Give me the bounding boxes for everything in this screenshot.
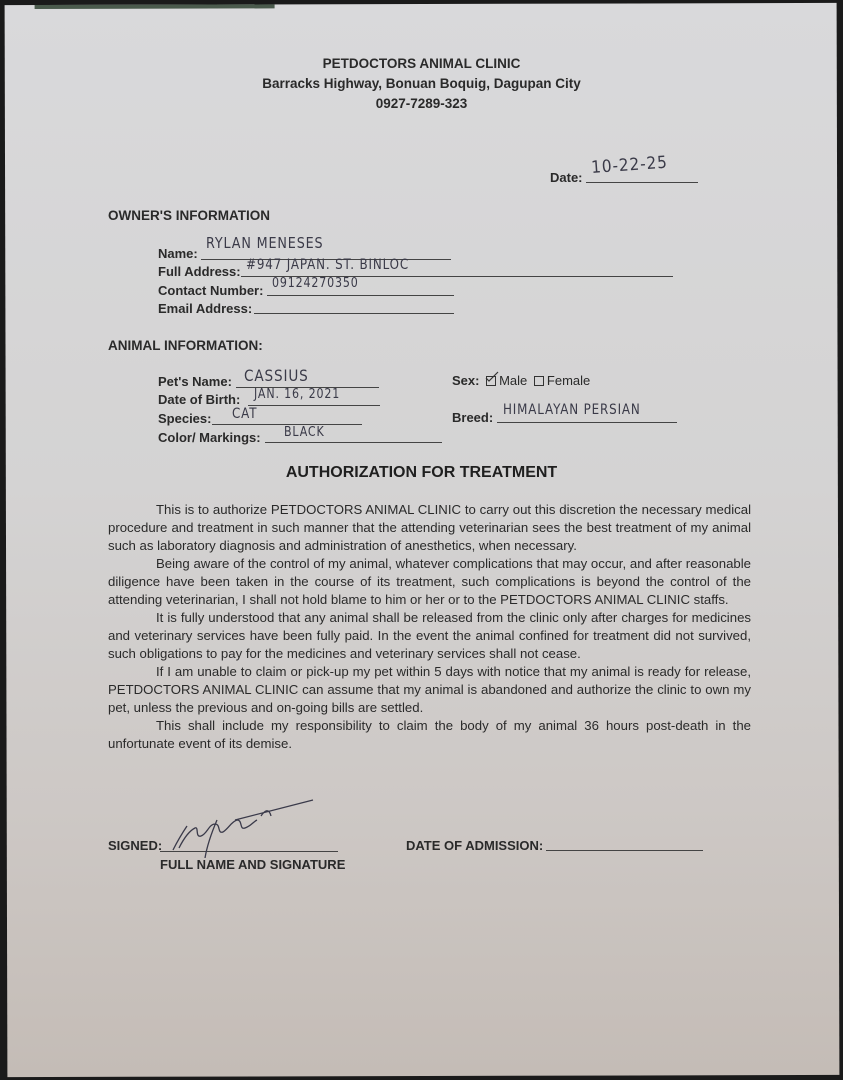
owner-name-label: Name: (158, 246, 198, 261)
breed-line (497, 422, 677, 423)
owner-address-label: Full Address: (158, 264, 241, 279)
sex-field: Sex: Male Female (452, 373, 590, 388)
clinic-address: Barracks Highway, Bonuan Boquig, Dagupan… (0, 74, 843, 94)
clinic-header: PETDOCTORS ANIMAL CLINIC Barracks Highwa… (0, 54, 843, 114)
color-label: Color/ Markings: (158, 430, 261, 445)
admission-date-line (546, 850, 703, 851)
clinic-phone: 0927-7289-323 (0, 94, 843, 114)
color-line (265, 442, 442, 443)
owner-contact-line (267, 295, 454, 296)
breed-field[interactable]: HIMALAYAN PERSIAN (503, 402, 641, 418)
authorization-paragraph: This shall include my responsibility to … (108, 717, 751, 753)
animal-section-title: ANIMAL INFORMATION: (108, 338, 263, 353)
sex-female-checkbox[interactable] (534, 376, 544, 386)
signature-mark[interactable] (165, 798, 315, 858)
paper-edge-shadow (35, 4, 275, 9)
species-label: Species: (158, 411, 211, 426)
sex-male-label: Male (499, 373, 527, 388)
signed-label: SIGNED: (108, 838, 162, 853)
date-line (586, 182, 698, 183)
dob-label: Date of Birth: (158, 392, 240, 407)
dob-line (248, 405, 380, 406)
owner-name-field[interactable]: RYLAN MENESES (206, 234, 323, 252)
sex-label: Sex: (452, 373, 479, 388)
owner-section-title: OWNER'S INFORMATION (108, 208, 270, 223)
color-field[interactable]: BLACK (284, 425, 325, 440)
owner-email-label: Email Address: (158, 301, 252, 316)
breed-label: Breed: (452, 410, 493, 425)
date-label: Date: (550, 170, 583, 185)
check-icon (485, 371, 499, 383)
pet-name-field[interactable]: CASSIUS (244, 366, 309, 385)
owner-contact-field[interactable]: 09124270350 (272, 276, 359, 291)
signature-caption: FULL NAME AND SIGNATURE (160, 857, 345, 872)
admission-date-label: DATE OF ADMISSION: (406, 838, 543, 853)
authorization-paragraph: This is to authorize PETDOCTORS ANIMAL C… (108, 501, 751, 555)
owner-contact-label: Contact Number: (158, 283, 263, 298)
pet-name-label: Pet's Name: (158, 374, 232, 389)
authorization-paragraph: Being aware of the control of my animal,… (108, 555, 751, 609)
dob-field[interactable]: JAN. 16, 2021 (254, 387, 340, 402)
sex-female-label: Female (547, 373, 590, 388)
owner-address-field[interactable]: #947 JAPAN. ST. BINLOC (246, 257, 409, 273)
clinic-name: PETDOCTORS ANIMAL CLINIC (0, 54, 843, 74)
sex-male-checkbox[interactable] (486, 376, 496, 386)
authorization-title: AUTHORIZATION FOR TREATMENT (0, 464, 843, 482)
species-field[interactable]: CAT (232, 406, 257, 422)
authorization-paragraph: It is fully understood that any animal s… (108, 609, 751, 663)
authorization-paragraph: If I am unable to claim or pick-up my pe… (108, 663, 751, 717)
owner-email-line (254, 313, 454, 314)
authorization-body: This is to authorize PETDOCTORS ANIMAL C… (108, 501, 751, 753)
